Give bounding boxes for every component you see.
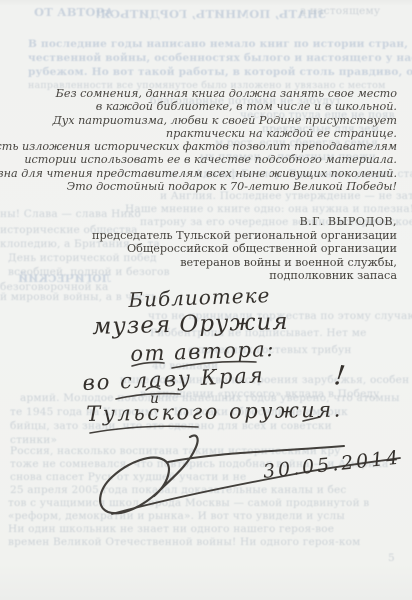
author-attribution: В.Г. ВЫРОДОВ, председатель Тульской реги… <box>92 215 397 283</box>
quote-line: практически на каждой ее странице. <box>0 127 397 140</box>
quote-line: Дух патриотизма, любви к своей Родине пр… <box>0 114 397 127</box>
scanned-book-page: ОТ АВТОРА ЗНАТЬ, ПОМНИТЬ, ГОРДИТЬСЯ! а н… <box>0 0 412 600</box>
bleedthrough-text: чественной войны, особенностях былого и … <box>28 52 412 64</box>
bleedthrough-text: ЗНАТЬ, ПОМНИТЬ, ГОРДИТЬСЯ! <box>95 7 326 21</box>
attribution-line: председатель Тульской региональной орган… <box>92 229 397 243</box>
inscription-line-5: Тульского оружия. <box>86 398 343 426</box>
bleedthrough-text: тов с учащимися школ города Москвы — сам… <box>8 497 369 509</box>
quote-line: Лаконичность изложения исторических факт… <box>0 140 397 153</box>
bleedthrough-text: времен Великой Отечественной войны! Ни о… <box>8 536 361 548</box>
bleedthrough-text: Россия, насколько воспитана такими истор… <box>10 445 341 457</box>
quote-line: Без сомнения, данная книга должна занять… <box>0 87 397 100</box>
inscription-line-3: от автора: <box>130 337 275 366</box>
bleedthrough-text: а настоящему <box>300 5 380 17</box>
inscription-line-1: Библиотеке <box>128 283 271 312</box>
bleedthrough-text: 25 апреля 2005 года показал доказательны… <box>10 484 347 496</box>
bleedthrough-text: Ни один школьник не знает ни одного наше… <box>8 523 334 535</box>
attribution-line: ветеранов войны и военной службы, <box>92 256 397 270</box>
bleedthrough-text: Наше мнение о книге одно: она нужна и по… <box>125 203 412 215</box>
attribution-line: Общероссийской общественной организации <box>92 242 397 256</box>
attribution-line: подполковник запаса <box>92 269 397 283</box>
bleedthrough-text: «реформ, демократии и рынка». И вот что … <box>8 510 345 522</box>
quote-line: Книга полезна для чтения представителям … <box>0 167 397 180</box>
bleedthrough-text: снова спасет Русь от худшей участи и не <box>10 471 246 483</box>
review-quote: Без сомнения, данная книга должна занять… <box>0 87 397 193</box>
bleedthrough-text: рубежом. Но вот такой работы, в которой … <box>28 66 412 78</box>
attribution-name: В.Г. ВЫРОДОВ, <box>92 215 397 229</box>
quote-line: истории использовать ее в качестве подсо… <box>0 153 397 166</box>
inscription-line-2: музея Оружия <box>92 309 289 340</box>
quote-line: в каждой библиотеке, в том числе и в шко… <box>0 100 397 113</box>
bleedthrough-text: В последние годы написано немало книг по… <box>28 38 412 50</box>
bleedthrough-page-number: 5 <box>388 552 395 564</box>
quote-line: Это достойный подарок к 70-летию Великой… <box>0 180 397 193</box>
